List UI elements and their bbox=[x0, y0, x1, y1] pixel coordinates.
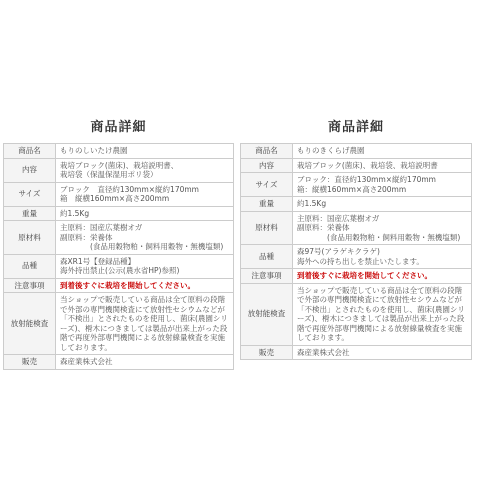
page: 商品詳細 商品名 もりのしいたけ農園 内容 栽培ブロック(菌床)、栽培説明書、 … bbox=[0, 0, 480, 480]
spec-label: 品種 bbox=[4, 254, 56, 278]
product-detail-panels: 商品詳細 商品名 もりのしいたけ農園 内容 栽培ブロック(菌床)、栽培説明書、 … bbox=[3, 116, 472, 370]
spec-value: 主原料：国産広葉樹オガ 副原料：栄養体 (食品用穀物粕・飼料用穀物・無機塩類) bbox=[56, 221, 234, 255]
spec-label: 原材料 bbox=[241, 211, 293, 245]
spec-value: 約1.5Kg bbox=[293, 197, 472, 212]
spec-value: 栽培ブロック(菌床)、栽培袋、栽培説明書 bbox=[293, 158, 472, 173]
spec-label: 内容 bbox=[241, 158, 293, 173]
spec-label: 注意事項 bbox=[4, 278, 56, 293]
spec-row-seller: 販売 森産業株式会社 bbox=[241, 345, 472, 360]
spec-label: 商品名 bbox=[241, 144, 293, 159]
spec-label: 商品名 bbox=[4, 144, 56, 159]
spec-label: 原材料 bbox=[4, 221, 56, 255]
spec-label: 放射能検査 bbox=[4, 293, 56, 355]
spec-value: 当ショップで販売している商品は全て原料の段階で外部の専門機関検査にて放射性セシウ… bbox=[293, 283, 472, 345]
spec-value: ブロック：直径約130mm×縦約170mm 箱：縦横160mm×高さ200mm bbox=[293, 173, 472, 197]
spec-label: 注意事項 bbox=[241, 269, 293, 284]
spec-value-caution: 到着後すぐに栽培を開始してください。 bbox=[56, 278, 234, 293]
right-product-panel: 商品詳細 商品名 もりのきくらげ農園 内容 栽培ブロック(菌床)、栽培袋、栽培説… bbox=[240, 116, 472, 370]
right-product-spec-table: 商品名 もりのきくらげ農園 内容 栽培ブロック(菌床)、栽培袋、栽培説明書 サイ… bbox=[240, 143, 472, 360]
left-table-title: 商品詳細 bbox=[3, 116, 234, 135]
spec-value: もりのしいたけ農園 bbox=[56, 144, 234, 159]
spec-value: 森産業株式会社 bbox=[56, 355, 234, 370]
spec-label: サイズ bbox=[4, 182, 56, 206]
spec-row-caution: 注意事項 到着後すぐに栽培を開始してください。 bbox=[4, 278, 234, 293]
spec-row-variety: 品種 森XR1号【登録品種】 海外持出禁止(公示(農水省HP)参照) bbox=[4, 254, 234, 278]
spec-label: 重量 bbox=[4, 206, 56, 221]
spec-row-radiation-check: 放射能検査 当ショップで販売している商品は全て原料の段階で外部の専門機関検査にて… bbox=[4, 293, 234, 355]
spec-value-caution: 到着後すぐに栽培を開始してください。 bbox=[293, 269, 472, 284]
spec-label: 重量 bbox=[241, 197, 293, 212]
spec-label: 内容 bbox=[4, 158, 56, 182]
spec-value: ブロック 直径約130mm×縦約170mm 箱 縦横160mm×高さ200mm bbox=[56, 182, 234, 206]
spec-value: もりのきくらげ農園 bbox=[293, 144, 472, 159]
spec-value: 森97号(アラゲキクラゲ) 海外への持ち出しを禁止いたします。 bbox=[293, 245, 472, 269]
right-table-title: 商品詳細 bbox=[240, 116, 472, 135]
left-product-spec-table: 商品名 もりのしいたけ農園 内容 栽培ブロック(菌床)、栽培説明書、 栽培袋（保… bbox=[3, 143, 234, 370]
spec-row-materials: 原材料 主原料：国産広葉樹オガ 副原料：栄養体 (食品用穀物粕・飼料用穀物・無機… bbox=[4, 221, 234, 255]
spec-value: 当ショップで販売している商品は全て原料の段階で外部の専門機関検査にて放射性セシウ… bbox=[56, 293, 234, 355]
spec-value: 栽培ブロック(菌床)、栽培説明書、 栽培袋（保温保湿用ポリ袋） bbox=[56, 158, 234, 182]
spec-row-contents: 内容 栽培ブロック(菌床)、栽培袋、栽培説明書 bbox=[241, 158, 472, 173]
spec-row-seller: 販売 森産業株式会社 bbox=[4, 355, 234, 370]
spec-row-size: サイズ ブロック：直径約130mm×縦約170mm 箱：縦横160mm×高さ20… bbox=[241, 173, 472, 197]
spec-value: 森産業株式会社 bbox=[293, 345, 472, 360]
spec-row-caution: 注意事項 到着後すぐに栽培を開始してください。 bbox=[241, 269, 472, 284]
spec-value: 森XR1号【登録品種】 海外持出禁止(公示(農水省HP)参照) bbox=[56, 254, 234, 278]
spec-row-product-name: 商品名 もりのきくらげ農園 bbox=[241, 144, 472, 159]
spec-row-contents: 内容 栽培ブロック(菌床)、栽培説明書、 栽培袋（保温保湿用ポリ袋） bbox=[4, 158, 234, 182]
spec-label: サイズ bbox=[241, 173, 293, 197]
spec-row-radiation-check: 放射能検査 当ショップで販売している商品は全て原料の段階で外部の専門機関検査にて… bbox=[241, 283, 472, 345]
spec-value: 約1.5Kg bbox=[56, 206, 234, 221]
spec-value: 主原料：国産広葉樹オガ 副原料：栄養体 (食品用穀物粕・飼料用穀物・無機塩類) bbox=[293, 211, 472, 245]
spec-label: 販売 bbox=[4, 355, 56, 370]
spec-row-product-name: 商品名 もりのしいたけ農園 bbox=[4, 144, 234, 159]
spec-row-size: サイズ ブロック 直径約130mm×縦約170mm 箱 縦横160mm×高さ20… bbox=[4, 182, 234, 206]
spec-row-variety: 品種 森97号(アラゲキクラゲ) 海外への持ち出しを禁止いたします。 bbox=[241, 245, 472, 269]
spec-row-weight: 重量 約1.5Kg bbox=[241, 197, 472, 212]
spec-label: 品種 bbox=[241, 245, 293, 269]
spec-label: 放射能検査 bbox=[241, 283, 293, 345]
spec-label: 販売 bbox=[241, 345, 293, 360]
left-product-panel: 商品詳細 商品名 もりのしいたけ農園 内容 栽培ブロック(菌床)、栽培説明書、 … bbox=[3, 116, 234, 370]
spec-row-weight: 重量 約1.5Kg bbox=[4, 206, 234, 221]
spec-row-materials: 原材料 主原料：国産広葉樹オガ 副原料：栄養体 (食品用穀物粕・飼料用穀物・無機… bbox=[241, 211, 472, 245]
